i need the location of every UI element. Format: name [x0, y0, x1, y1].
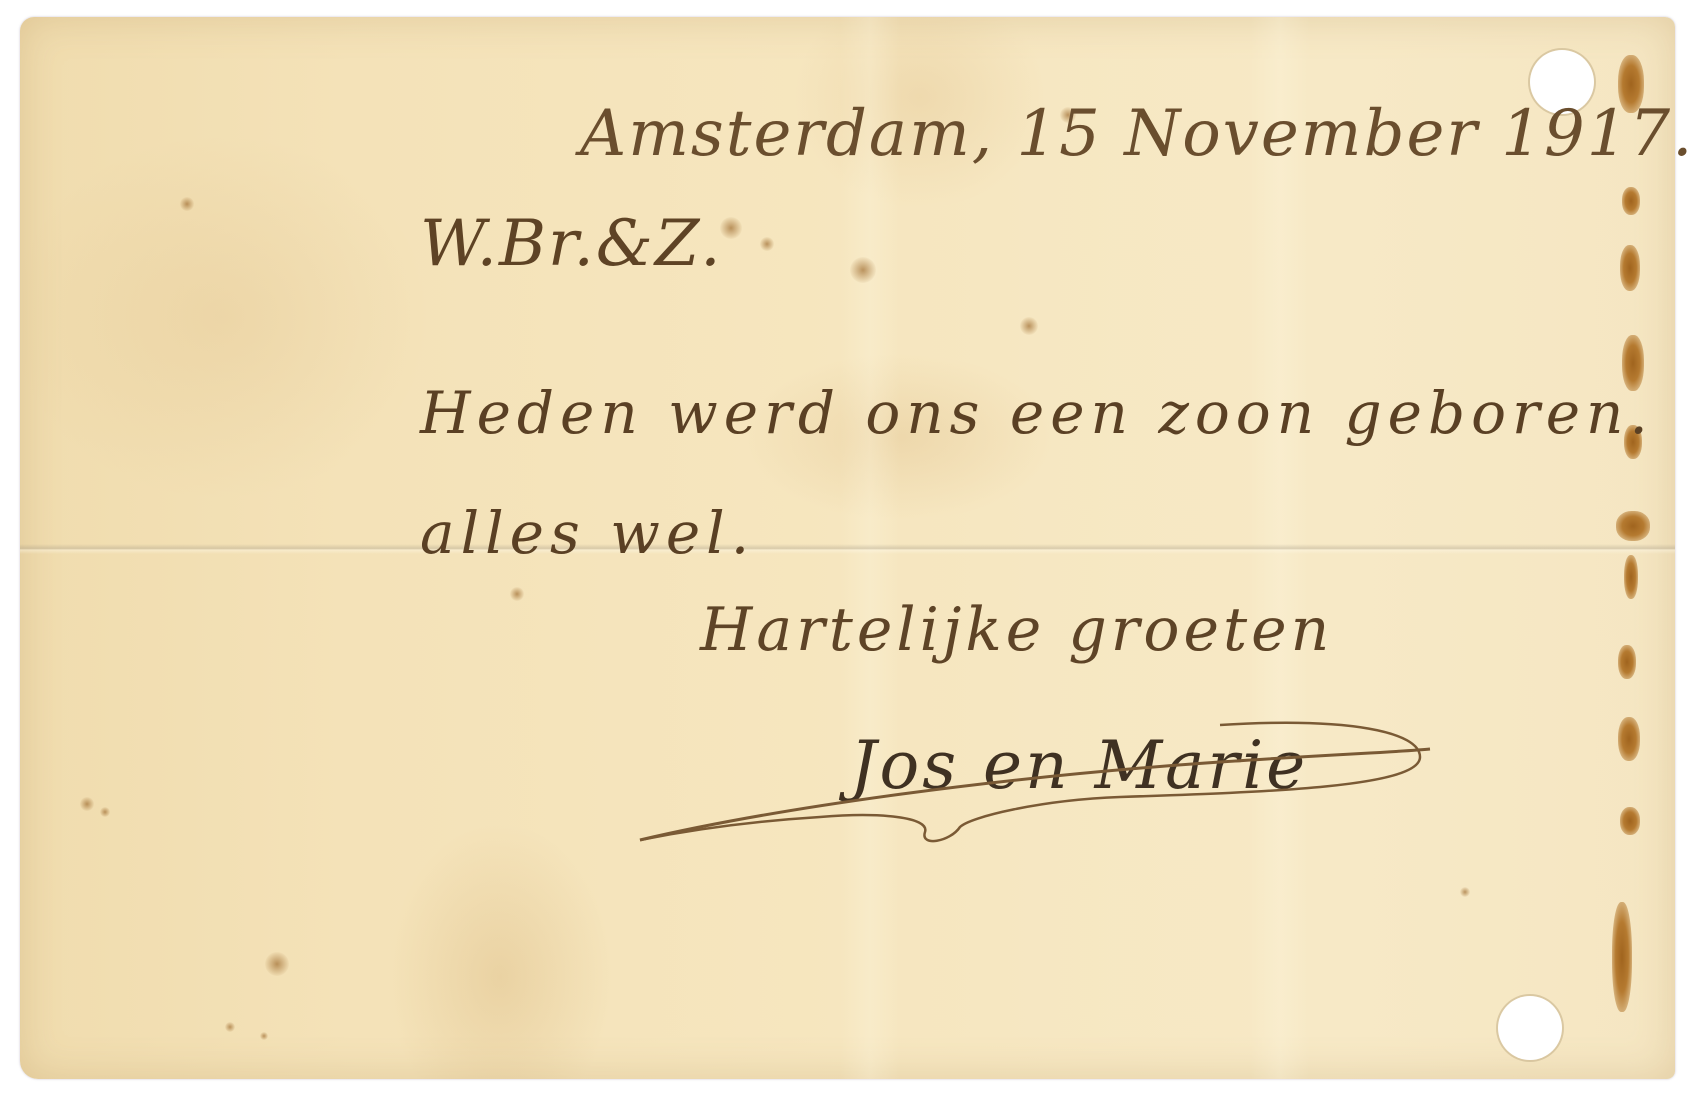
postcard: Amsterdam, 15 November 1917. W.Br.&Z. He…: [20, 17, 1675, 1079]
signature-flourish: [20, 17, 1675, 1079]
